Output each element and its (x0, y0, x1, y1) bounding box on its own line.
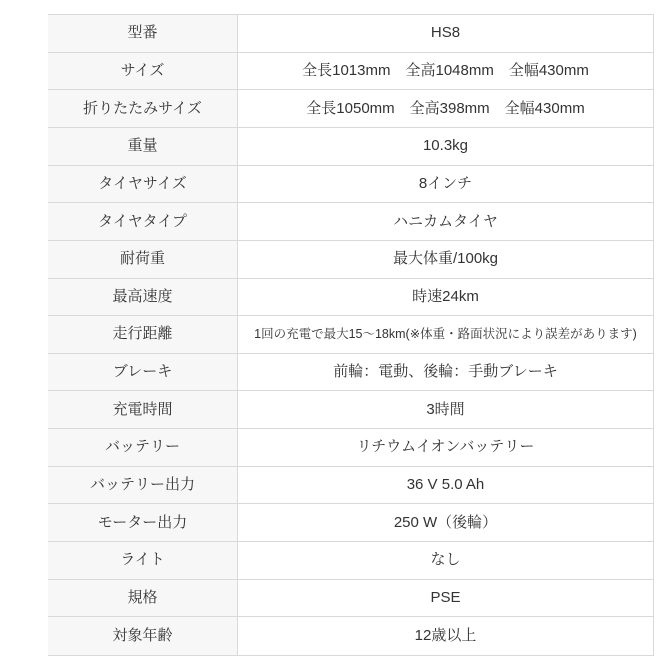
spec-label: 充電時間 (48, 391, 238, 428)
spec-label: タイヤタイプ (48, 203, 238, 240)
spec-value: 250 W（後輪） (238, 504, 653, 541)
spec-value: 1回の充電で最大15～18km(※体重・路面状況により誤差があります) (238, 316, 653, 353)
spec-value: 全長1013mm 全高1048mm 全幅430mm (238, 53, 653, 90)
table-row: バッテリー リチウムイオンバッテリー (48, 429, 653, 467)
table-row: バッテリー出力 36 V 5.0 Ah (48, 467, 653, 505)
table-row: 充電時間 3時間 (48, 391, 653, 429)
table-row: タイヤサイズ 8インチ (48, 166, 653, 204)
table-row: 重量 10.3kg (48, 128, 653, 166)
spec-label: 重量 (48, 128, 238, 165)
spec-value: なし (238, 542, 653, 579)
spec-label: 対象年齢 (48, 617, 238, 655)
spec-value: ハニカムタイヤ (238, 203, 653, 240)
table-row: 型番 HS8 (48, 15, 653, 53)
spec-label: 型番 (48, 15, 238, 52)
table-row: モーター出力 250 W（後輪） (48, 504, 653, 542)
spec-value: 8インチ (238, 166, 653, 203)
spec-label: バッテリー (48, 429, 238, 466)
spec-label: 耐荷重 (48, 241, 238, 278)
product-spec-table: 型番 HS8 サイズ 全長1013mm 全高1048mm 全幅430mm 折りた… (48, 14, 654, 656)
spec-value: 36 V 5.0 Ah (238, 467, 653, 504)
spec-value: 3時間 (238, 391, 653, 428)
spec-value: PSE (238, 580, 653, 617)
spec-label: バッテリー出力 (48, 467, 238, 504)
spec-label: 走行距離 (48, 316, 238, 353)
table-row: 対象年齢 12歳以上 (48, 617, 653, 655)
table-row: ブレーキ 前輪：電動、後輪：手動ブレーキ (48, 354, 653, 392)
table-row: 走行距離 1回の充電で最大15～18km(※体重・路面状況により誤差があります) (48, 316, 653, 354)
table-row: 最高速度 時速24km (48, 279, 653, 317)
spec-label: 規格 (48, 580, 238, 617)
spec-value: 時速24km (238, 279, 653, 316)
table-row: ライト なし (48, 542, 653, 580)
table-row: タイヤタイプ ハニカムタイヤ (48, 203, 653, 241)
spec-value: HS8 (238, 15, 653, 52)
table-row: 耐荷重 最大体重/100kg (48, 241, 653, 279)
spec-value: 12歳以上 (238, 617, 653, 655)
spec-label: 折りたたみサイズ (48, 90, 238, 127)
spec-label: ブレーキ (48, 354, 238, 391)
spec-value: リチウムイオンバッテリー (238, 429, 653, 466)
spec-value: 全長1050mm 全高398mm 全幅430mm (238, 90, 653, 127)
spec-value: 最大体重/100kg (238, 241, 653, 278)
table-row: サイズ 全長1013mm 全高1048mm 全幅430mm (48, 53, 653, 91)
spec-label: サイズ (48, 53, 238, 90)
spec-label: モーター出力 (48, 504, 238, 541)
spec-value: 前輪：電動、後輪：手動ブレーキ (238, 354, 653, 391)
spec-value: 10.3kg (238, 128, 653, 165)
spec-label: ライト (48, 542, 238, 579)
spec-label: タイヤサイズ (48, 166, 238, 203)
spec-label: 最高速度 (48, 279, 238, 316)
table-row: 折りたたみサイズ 全長1050mm 全高398mm 全幅430mm (48, 90, 653, 128)
table-row: 規格 PSE (48, 580, 653, 618)
